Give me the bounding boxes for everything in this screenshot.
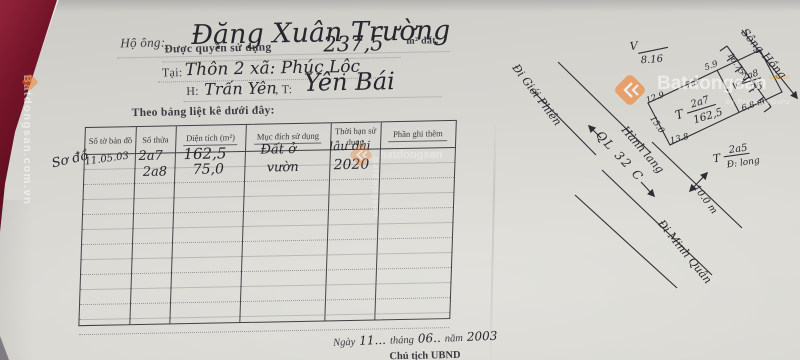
- plot-sketch-drawing: V 8.16 T 2a7 162,5 V 2a8 75 T 2a5 Đ: lon…: [495, 0, 800, 310]
- cell-area-1: 162,5: [183, 144, 226, 163]
- date-line: Ngày 11... tháng 06.. năm 2003: [333, 327, 498, 351]
- batdongsan-logo-icon: [612, 72, 648, 108]
- cell-area-2: 75,0: [193, 161, 224, 178]
- cell-parcel-1: 2a7: [138, 149, 163, 164]
- date-month: 06..: [418, 331, 441, 346]
- signer-title: Chủ tịch UBND: [389, 350, 460, 360]
- location-label: Tại:: [162, 65, 183, 80]
- name-label: Hộ ông:: [120, 34, 165, 51]
- column-title: Số thửa: [142, 135, 169, 146]
- plot3-label: T 2a5 Đ: long: [711, 141, 760, 172]
- svg-text:V: V: [629, 39, 639, 53]
- watermark-center-vertical: batdongsan: [369, 157, 381, 247]
- cell-parcel-2: 2a8: [143, 164, 168, 179]
- cell-purpose-1: Đất ở: [260, 142, 296, 158]
- date-year: 2003: [467, 329, 498, 344]
- svg-text:T: T: [712, 151, 723, 165]
- area-unit: m² đất.: [406, 35, 439, 47]
- watermark-tld: com.vn: [769, 74, 790, 81]
- date-word: Ngày: [333, 337, 356, 349]
- district-label: H:: [186, 84, 199, 99]
- column-title: Số tờ bản đồ: [89, 135, 133, 147]
- date-day: 11...: [359, 333, 386, 348]
- cell-purpose-2: vườn: [267, 160, 299, 176]
- watermark-center: batdongsan: [348, 142, 442, 168]
- grant-label: Được quyền sử dụng: [164, 41, 271, 55]
- table-header-cell: Số tờ bản đồ: [85, 127, 136, 154]
- table-intro: Theo bảng liệt kê dưới đây:: [132, 104, 275, 119]
- date-word: năm: [445, 333, 463, 345]
- column-title: Phần ghi thêm: [393, 128, 443, 140]
- watermark-brand-sub: by PropertyGuru: [657, 97, 790, 106]
- total-area-value: 237,5: [323, 31, 384, 56]
- svg-text:T: T: [673, 106, 686, 122]
- province-value: Yên Bái: [304, 67, 395, 97]
- watermark-top-right: Batdongsancom.vn by PropertyGuru: [612, 72, 790, 108]
- district-value: Trấn Yên: [204, 78, 277, 98]
- province-label: , T:: [275, 82, 292, 97]
- svg-text:Đ: long: Đ: long: [725, 156, 760, 171]
- reference-mark: V 8.16: [629, 37, 669, 67]
- date-word: tháng: [390, 335, 414, 347]
- photographed-land-document: Batdongsan.com.vn Hộ ông: Đặng Xuân Trườ…: [0, 0, 800, 360]
- road-width-label: 10.0 m: [691, 183, 719, 216]
- svg-text:8.16: 8.16: [640, 54, 664, 67]
- dim-bottom: 13.8: [669, 132, 690, 147]
- column-title: Mục đích sử dụng: [257, 130, 320, 142]
- watermark-brand: Batdongsan: [657, 73, 767, 94]
- watermark-center-text: batdongsan: [380, 149, 442, 161]
- direction-northwest-label: Đi Giới Phiên: [509, 61, 564, 128]
- column-title: Diện tích (m²): [186, 132, 235, 144]
